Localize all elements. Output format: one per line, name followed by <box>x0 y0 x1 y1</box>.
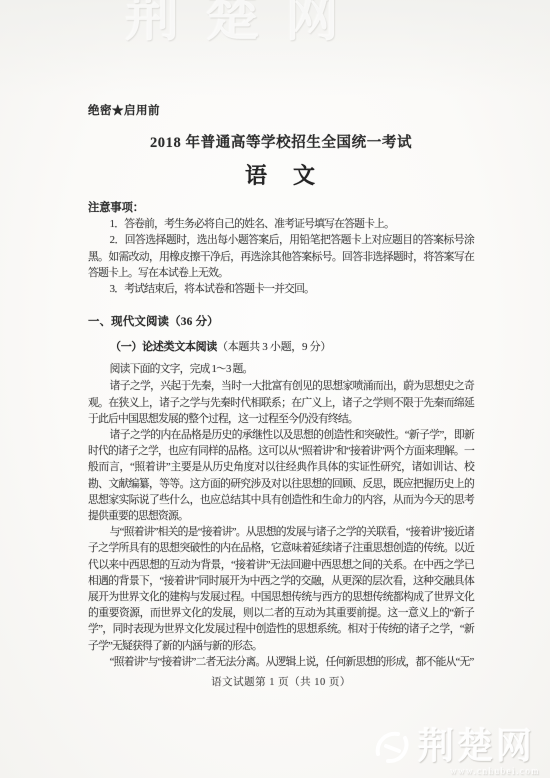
watermark-bottom: 荆楚网 www.cnhubei.com <box>372 724 544 768</box>
reading-instruction: 阅读下面的文字，完成 1～3 题。 <box>88 361 474 377</box>
subject-title: 语 文 <box>88 159 474 190</box>
passage-paragraph-1: 诸子之学，兴起于先秦，当时一大批富有创见的思想家喷涌而出，蔚为思想史之奇观。在狭… <box>88 378 474 427</box>
subsection-note: （本题共 3 小题，9 分） <box>217 341 331 353</box>
notice-heading: 注意事项： <box>88 200 474 216</box>
notice-item-2: 2．回答选择题时，选出每小题答案后，用铅笔把答题卡上对应题目的答案标号涂黑。如需… <box>88 232 474 281</box>
passage-paragraph-4: “照着讲”与“接着讲”二者无法分离。从逻辑上说，任何新思想的形成，都不能从“无” <box>88 654 474 670</box>
page-number-footer: 语文试题第 1 页（共 10 页） <box>88 674 474 689</box>
news-site-watermark-url: www.cnhubei.com <box>450 766 540 776</box>
section-heading: 一、现代文阅读（36 分） <box>88 314 474 330</box>
exam-title: 2018 年普通高等学校招生全国统一考试 <box>88 131 474 152</box>
page-content: 绝密★启用前 2018 年普通高等学校招生全国统一考试 语 文 注意事项： 1．… <box>88 0 474 689</box>
notice-item-1: 1．答卷前，考生务必将自己的姓名、准考证号填写在答题卡上。 <box>88 216 474 232</box>
passage-paragraph-3: 与“照着讲”相关的是“接着讲”。从思想的发展与诸子之学的关联看，“接着讲”接近诸… <box>88 524 474 654</box>
notice-item-3: 3．考试结束后，将本试卷和答题卡一并交回。 <box>88 281 474 297</box>
subsection-title: （一）论述类文本阅读 <box>110 341 217 353</box>
subsection-heading: （一）论述类文本阅读（本题共 3 小题，9 分） <box>88 339 474 355</box>
notice-section: 注意事项： 1．答卷前，考生务必将自己的姓名、准考证号填写在答题卡上。 2．回答… <box>88 200 474 297</box>
reading-section: 一、现代文阅读（36 分） （一）论述类文本阅读（本题共 3 小题，9 分） 阅… <box>88 314 474 670</box>
news-logo-icon <box>372 724 412 768</box>
secret-label: 绝密★启用前 <box>88 102 474 118</box>
exam-paper-page: 荆楚网 绝密★启用前 2018 年普通高等学校招生全国统一考试 语 文 注意事项… <box>0 0 550 778</box>
passage-paragraph-2: 诸子之学的内在品格是历史的承继性以及思想的创造性和突破性。“新子学”，即新时代的… <box>88 427 474 524</box>
news-site-watermark-text: 荆楚网 <box>418 724 535 768</box>
